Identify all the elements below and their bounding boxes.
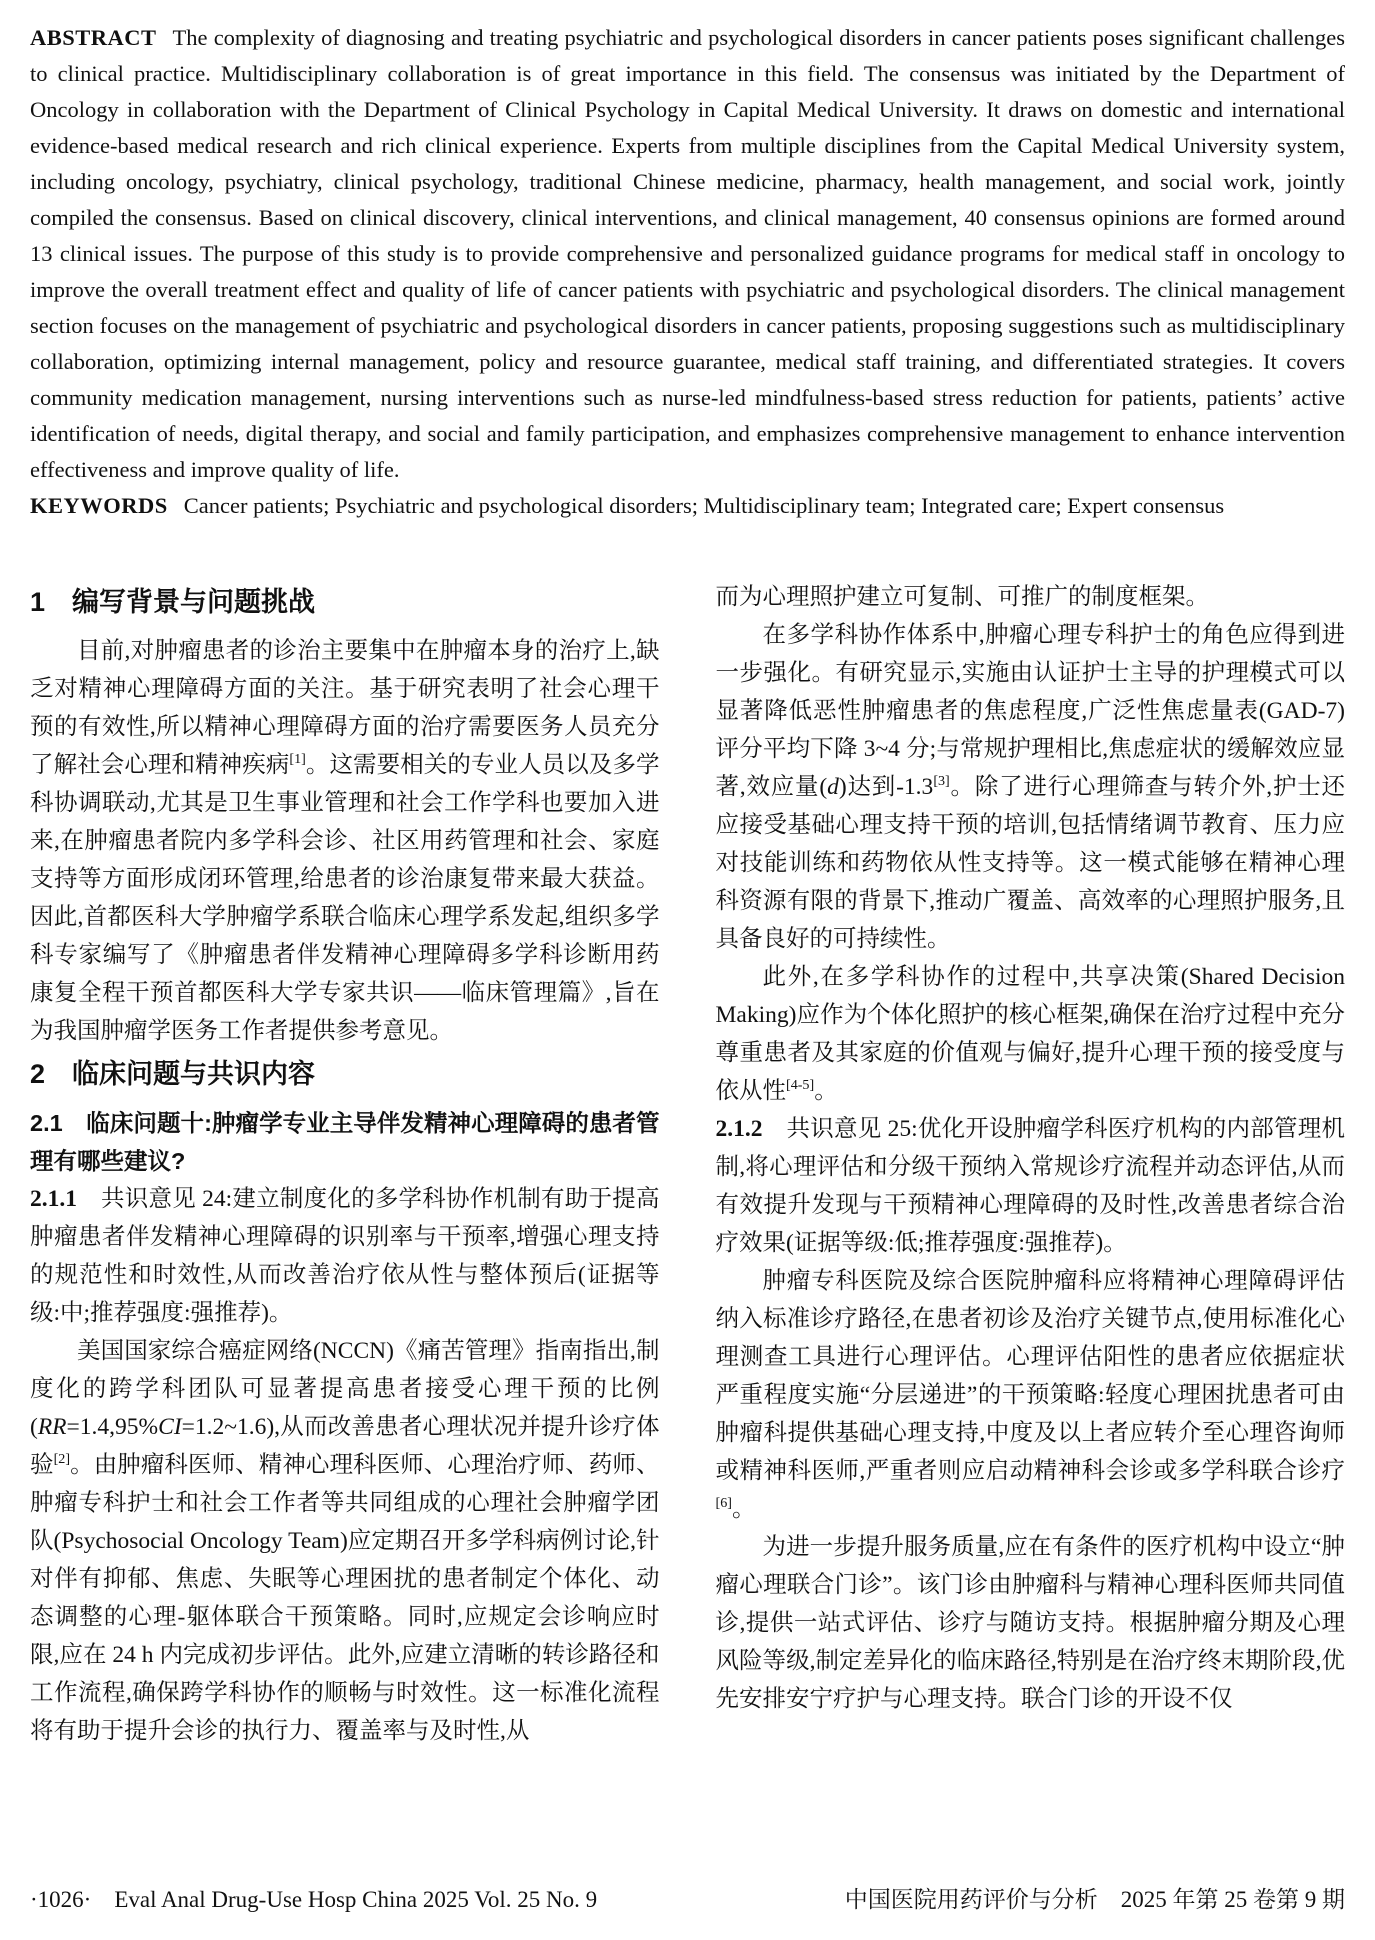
- abstract-text: The complexity of diagnosing and treatin…: [30, 25, 1345, 482]
- text-run: 2.1 临床问题十:肿瘤学专业主导伴发精神心理障碍的患者管理有哪些建议?: [30, 1110, 660, 1174]
- text-run: 。: [732, 1496, 756, 1522]
- paragraph: 此外,在多学科协作的过程中,共享决策(Shared Decision Makin…: [716, 958, 1346, 1110]
- text-run: 。除了进行心理筛查与转介外,护士还应接受基础心理支持干预的培训,包括情绪调节教育…: [716, 774, 1346, 952]
- reference-marker: [3]: [933, 773, 949, 789]
- italic-text: RR: [38, 1414, 67, 1440]
- journal-page: ABSTRACTThe complexity of diagnosing and…: [0, 0, 1375, 1940]
- text-run: 共识意见 25:优化开设肿瘤学科医疗机构的内部管理机制,将心理评估和分级干预纳入…: [716, 1116, 1346, 1256]
- paragraph: 目前,对肿瘤患者的诊治主要集中在肿瘤本身的治疗上,缺乏对精神心理障碍方面的关注。…: [30, 632, 660, 1050]
- right-column: 而为心理照护建立可复制、可推广的制度框架。在多学科协作体系中,肿瘤心理专科护士的…: [716, 578, 1346, 1750]
- section-heading: 2 临床问题与共识内容: [30, 1054, 660, 1094]
- text-run: 2 临床问题与共识内容: [30, 1059, 315, 1089]
- text-run: 。: [814, 1078, 838, 1104]
- italic-text: d: [827, 774, 839, 800]
- keywords-text: Cancer patients; Psychiatric and psychol…: [184, 493, 1224, 518]
- text-run: =1.4,95%: [67, 1414, 159, 1440]
- keywords-label: KEYWORDS: [30, 493, 168, 518]
- text-run: 为进一步提升服务质量,应在有条件的医疗机构中设立“肿瘤心理联合门诊”。该门诊由肿…: [716, 1534, 1346, 1712]
- reference-marker: [1]: [289, 751, 305, 767]
- page-footer: ·1026· Eval Anal Drug-Use Hosp China 202…: [30, 1886, 1345, 1914]
- footer-right: 中国医院用药评价与分析 2025 年第 25 卷第 9 期: [845, 1886, 1345, 1914]
- paragraph: 肿瘤专科医院及综合医院肿瘤科应将精神心理障碍评估纳入标准诊疗路径,在患者初诊及治…: [716, 1262, 1346, 1528]
- section-heading: 1 编写背景与问题挑战: [30, 582, 660, 622]
- text-run: 共识意见 24:建立制度化的多学科协作机制有助于提高肿瘤患者伴发精神心理障碍的识…: [30, 1186, 660, 1326]
- keywords-paragraph: KEYWORDSCancer patients; Psychiatric and…: [30, 488, 1345, 524]
- paragraph: 在多学科协作体系中,肿瘤心理专科护士的角色应得到进一步强化。有研究显示,实施由认…: [716, 616, 1346, 958]
- abstract-label: ABSTRACT: [30, 25, 157, 50]
- text-run: )达到-1.3: [839, 774, 933, 800]
- paragraph: 而为心理照护建立可复制、可推广的制度框架。: [716, 578, 1346, 616]
- paragraph: 美国国家综合癌症网络(NCCN)《痛苦管理》指南指出,制度化的跨学科团队可显著提…: [30, 1332, 660, 1750]
- text-run: 。由肿瘤科医师、精神心理科医师、心理治疗师、药师、肿瘤专科护士和社会工作者等共同…: [30, 1452, 660, 1744]
- reference-marker: [2]: [54, 1451, 70, 1467]
- italic-text: CI: [158, 1414, 182, 1440]
- footer-left: ·1026· Eval Anal Drug-Use Hosp China 202…: [30, 1886, 597, 1914]
- bold-text: 2.1.2: [716, 1116, 763, 1142]
- paragraph: 2.1.2 共识意见 25:优化开设肿瘤学科医疗机构的内部管理机制,将心理评估和…: [716, 1110, 1346, 1262]
- reference-marker: [4-5]: [786, 1077, 814, 1093]
- reference-marker: [6]: [716, 1495, 732, 1511]
- text-run: 1 编写背景与问题挑战: [30, 587, 315, 617]
- paragraph: 2.1.1 共识意见 24:建立制度化的多学科协作机制有助于提高肿瘤患者伴发精神…: [30, 1180, 660, 1332]
- bold-text: 2.1.1: [30, 1186, 77, 1212]
- section-heading: 2.1 临床问题十:肿瘤学专业主导伴发精神心理障碍的患者管理有哪些建议?: [30, 1104, 660, 1180]
- text-run: 肿瘤专科医院及综合医院肿瘤科应将精神心理障碍评估纳入标准诊疗路径,在患者初诊及治…: [716, 1268, 1346, 1484]
- body-columns: 1 编写背景与问题挑战目前,对肿瘤患者的诊治主要集中在肿瘤本身的治疗上,缺乏对精…: [30, 578, 1345, 1750]
- abstract-paragraph: ABSTRACTThe complexity of diagnosing and…: [30, 20, 1345, 488]
- text-run: 而为心理照护建立可复制、可推广的制度框架。: [716, 584, 1210, 610]
- paragraph: 为进一步提升服务质量,应在有条件的医疗机构中设立“肿瘤心理联合门诊”。该门诊由肿…: [716, 1528, 1346, 1718]
- left-column: 1 编写背景与问题挑战目前,对肿瘤患者的诊治主要集中在肿瘤本身的治疗上,缺乏对精…: [30, 578, 660, 1750]
- text-run: 。这需要相关的专业人员以及多学科协调联动,尤其是卫生事业管理和社会工作学科也要加…: [30, 752, 660, 1044]
- abstract-section: ABSTRACTThe complexity of diagnosing and…: [30, 20, 1345, 524]
